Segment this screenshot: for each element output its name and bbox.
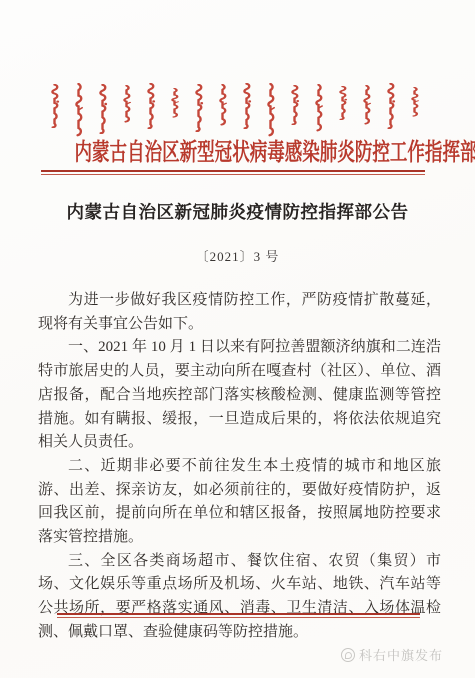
issuing-authority-banner: 内蒙古自治区新型冠状病毒感染肺炎防控工作指挥部 [0,139,475,167]
paragraph-item-2: 二、近期非必要不前往发生本土疫情的城市和地区旅游、出差、探亲访友，如必须前往的，… [38,455,441,550]
announcement-title: 内蒙古自治区新冠肺炎疫情防控指挥部公告 [0,199,475,224]
issuing-authority-banner-text: 内蒙古自治区新型冠状病毒感染肺炎防控工作指挥部 [75,139,475,167]
document-number: 〔2021〕3 号 [0,246,475,265]
header-divider [41,170,425,175]
paragraph-item-1: 一、2021 年 10 月 1 日以来有阿拉善盟额济纳旗和二连浩特市旅居史的人员… [38,336,441,455]
paragraph-item-3: 三、全区各类商场超市、餐饮住宿、农贸（集贸）市场、文化娱乐等重点场所及机场、火车… [38,550,441,645]
mongolian-script-header [49,82,427,138]
footer-divider [57,613,420,618]
announcement-body: 为进一步做好我区疫情防控工作，严防疫情扩散蔓延，现将有关事宜公告如下。 一、20… [38,289,441,645]
source-watermark: 科右中旗发布 [341,645,443,664]
publisher-logo-icon [341,648,355,662]
document-page: 内蒙古自治区新型冠状病毒感染肺炎防控工作指挥部 内蒙古自治区新冠肺炎疫情防控指挥… [0,0,475,678]
watermark-label: 科右中旗发布 [359,645,443,664]
mongolian-script-icon [49,82,427,138]
paragraph-intro: 为进一步做好我区疫情防控工作，严防疫情扩散蔓延，现将有关事宜公告如下。 [38,289,441,336]
